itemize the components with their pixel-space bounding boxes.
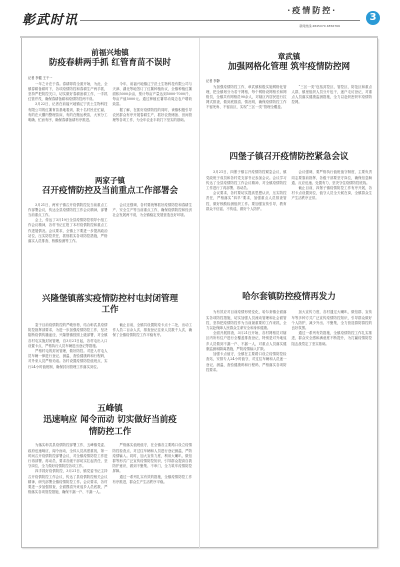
headline-kicker: 两家子镇: [28, 176, 192, 186]
article-xinglongbao: 兴隆堡镇落实疫情防控村屯封闭管理工作 鉴于目前疫情防控的严峻形势，结合彰武县疫情…: [28, 294, 192, 370]
article-paragraph: 通过一系列有效措施，全镇疫情防控工作扎实推进，群众安全感和满意度不断提升，为打赢…: [292, 331, 373, 347]
article-paragraph: 加大宣传力度，各村通过大喇叭、微信群、宣传车等多种方式广泛宣传疫情防控知识，引导…: [292, 310, 373, 331]
article-headline: 兴隆堡镇落实疫情防控村屯封闭管理工作: [28, 294, 192, 317]
article-qianfu: 前福兴地镇 防疫春耕两手抓 红管育苗不误时 记者 李健 王干一 一年之计在于春。…: [28, 48, 192, 123]
article-headline: 五峰镇 迅速响应 闻令而动 切实做好当前疫情防控工作: [28, 404, 192, 438]
byline: 记者 李静: [206, 78, 372, 83]
article-paragraph: 截止目前，全镇共设置防疫卡点十二处，出动工作人员二百余人次，排查登记往来人员数千…: [113, 323, 193, 339]
article-paragraph: 严格村屯的封闭管理，做好防控。对进入村屯人员车辆一律进行登记、测温、查验健康码和…: [28, 349, 108, 370]
masthead: 彰武时讯 ·疫情防控· 新闻热线:4845070 4856766 3: [0, 0, 400, 36]
headline-title: 五峰镇: [28, 404, 192, 415]
headline-kicker: 五峰镇: [97, 404, 123, 414]
article-sijiazi: 四堡子镇召开疫情防控紧急会议 3月21日，四堡子镇召开疫情防控紧急会议，镇党政班…: [206, 152, 372, 212]
article-paragraph: 截止目前，四堡子镇疫情防控工作有序开展，各村卡点设置到位，值守人员全天候在岗，全…: [292, 186, 373, 202]
edition-info: 新闻热线:4845070 4856766: [299, 24, 340, 28]
article-paragraph: 鉴于目前疫情防控的严峻形势，结合彰武县疫情防控指挥部要求，为进一步加强疫情防控工…: [28, 323, 108, 349]
article-headline: 前福兴地镇 防疫春耕两手抓 红管育苗不误时: [28, 48, 192, 70]
article-paragraph: 四手抓好疫情防控，3月21日，镇党委书记主持召开疫情防控工作会议，传达了县疫情防…: [28, 469, 108, 495]
headline-title: 迅速响应 闻令而动 切实做好当前疫情防控工作: [28, 415, 192, 438]
article-paragraph: “三区一类”包括封控区、管控区、防范区和重点人群，镇里组织人员分片包干，逐户走访…: [292, 85, 373, 106]
article-wufeng: 五峰镇 迅速响应 闻令而动 切实做好当前疫情防控工作 为落实彰武县疫情防控部署工…: [28, 404, 192, 495]
article-headline: 两家子镇 召开疫情防控及当前重点工作部署会: [28, 176, 192, 198]
headline-kicker: 前福兴地镇: [28, 48, 192, 58]
headline-title: 哈尔套镇防控疫情再发力: [206, 292, 372, 303]
article-paragraph: 今年，前福兴地镇辽宁沃土生物科技有限公司与天津、湖北等地签订了红薯种植协议，全镇…: [113, 82, 193, 108]
headline-kicker: 章武镇: [206, 52, 372, 62]
article-liangjiazi: 两家子镇 召开疫情防控及当前重点工作部署会 3月21日，两家子镇召开疫情防控及当…: [28, 176, 192, 244]
article-headline: 章武镇 加强网格化管理 筑牢疫情防控网: [206, 52, 372, 74]
masthead-rule: [80, 20, 360, 21]
article-paragraph: 为落实彰武县疫情防控部署工作，五峰镇党委、政府迅速响应，闻令而动，全体人员高度重…: [28, 443, 108, 469]
article-paragraph: 3月21日，四堡子镇召开疫情防控紧急会议，镇党政班子成员和各村党支部书记参加会议…: [206, 170, 287, 191]
newspaper-logo: 彰武时讯: [22, 9, 78, 28]
headline-title: 兴隆堡镇落实疫情防控村屯封闭管理工作: [28, 294, 192, 317]
headline-title: 防疫春耕两手抓 红管育苗不误时: [28, 58, 192, 69]
article-paragraph: 一年之计在于春。春耕即将全面开始，为此，全镇春耕备耕时下，各项疫情防控和春耕生产…: [28, 82, 108, 103]
byline: 记者 李健 王干一: [28, 75, 192, 80]
article-paragraph: 会议强调，要严格执行值班值守制度，主要负责同志要靠前指挥，各级干部要坚守岗位，确…: [292, 170, 373, 186]
article-headline: 哈尔套镇防控疫情再发力: [206, 292, 372, 303]
article-paragraph: 加强卡点值守，全镇在主要路口设立疫情防控检查站，安排专人24小时值守，对过往车辆…: [206, 352, 287, 373]
article-paragraph: 为加强疫情防控工作，章武镇积极实施网格化管理，把全镇划分为若干网格，每个网格设网…: [206, 85, 287, 111]
page-number-badge: 3: [366, 11, 380, 25]
article-paragraph: 3月21日，两家子镇召开疫情防控及当前重点工作部署会议，传达全县疫情防控工作会议…: [28, 203, 108, 219]
article-paragraph: 会上，传达了3月19日全县疫情防控领导小组工作会议精神，各村书记汇报了本村疫情防…: [28, 218, 108, 244]
article-paragraph: 严格落实值班值守，在全镇各主要路口设立疫情防控检查点，对过往车辆和人员进行登记测…: [113, 443, 193, 474]
headline-title: 加强网格化管理 筑牢疫情防控网: [206, 62, 372, 73]
article-paragraph: 3月22日，记者在前福兴地镇辽宁沃土生物科技有限公司的红薯育苗基地看到，数十名村…: [28, 102, 108, 123]
section-tag: ·疫情防控·: [284, 5, 340, 16]
article-paragraph: 通过一系列扎实有效的措施，全镇疫情防控工作有序推进，群众生产生活秩序平稳。: [113, 475, 193, 485]
article-paragraph: 全面开展排查，3月21日开始，各村网格员对辖区内所有住户进行全覆盖排查登记，特别…: [206, 331, 287, 352]
column-divider: [199, 38, 200, 548]
article-paragraph: 据了解，在抓好疫情防控的同时，该镇积极引导农民群众有序开展春耕生产，抓好农资储备…: [113, 108, 193, 124]
article-headline: 四堡子镇召开疫情防控紧急会议: [206, 152, 372, 163]
article-paragraph: 会议要求，各村要切实提高思想认识，压实防控责任，严格落实“四早”要求，加强重点人…: [206, 191, 287, 212]
headline-title: 四堡子镇召开疫情防控紧急会议: [206, 152, 372, 163]
article-haerqiao: 哈尔套镇防控疫情再发力 为有效应对目前疫情形势变化，哈尔套镇全面落实各项防控措施…: [206, 292, 372, 373]
article-paragraph: 为有效应对目前疫情形势变化，哈尔套镇全面落实各项防控措施，切实加强人员流动管理和…: [206, 310, 287, 331]
headline-title: 召开疫情防控及当前重点工作部署会: [28, 186, 192, 197]
article-zhangwu: 章武镇 加强网格化管理 筑牢疫情防控网 记者 李静 为加强疫情防控工作，章武镇积…: [206, 52, 372, 111]
article-paragraph: 会议还强调，各村要统筹抓好疫情防控和春耕生产、安全生产等当前重点工作，确保疫情防…: [113, 203, 193, 219]
